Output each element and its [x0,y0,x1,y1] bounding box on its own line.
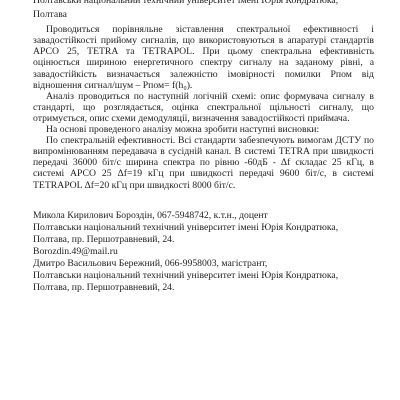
contact-affiliation: Полтавськи національний технічний універ… [33,270,374,282]
contact-name-line: Дмитро Васильович Бережний, 066-9958003,… [33,258,374,270]
contact-email: Borozdin.49@mail.ru [33,246,374,258]
contacts-block: Микола Кирилович Бороздін, 067-5948742, … [33,210,374,294]
paragraph-conclusions-intro: На основі проведеного аналізу можна зроб… [33,124,374,135]
paragraph-spectral-conclusions: По спектральній ефективності. Всі станда… [33,135,374,190]
city-line: Полтава [33,9,374,20]
contact-address: Полтава, пр. Першотравневий, 24. [33,234,374,246]
affiliation-line-clipped: Полтавськи національний технічний універ… [33,0,374,6]
paragraph-spectral-comparison: Проводиться порівняльне зіставлення спек… [33,24,374,91]
document-page: Полтавськи національний технічний універ… [0,0,400,400]
contact-address: Полтава, пр. Першотравневий, 24. [33,282,374,294]
contact-name-line: Микола Кирилович Бороздін, 067-5948742, … [33,210,374,222]
contact-block-borozdin: Микола Кирилович Бороздін, 067-5948742, … [33,210,374,258]
paragraph-analysis-scheme: Аналіз проводиться по наступній логічній… [33,91,374,124]
contact-block-berezhnyi: Дмитро Васильович Бережний, 066-9958003,… [33,258,374,294]
main-text-block: Проводиться порівняльне зіставлення спек… [33,24,374,190]
contact-affiliation: Полтавськи національний технічний універ… [33,222,374,234]
